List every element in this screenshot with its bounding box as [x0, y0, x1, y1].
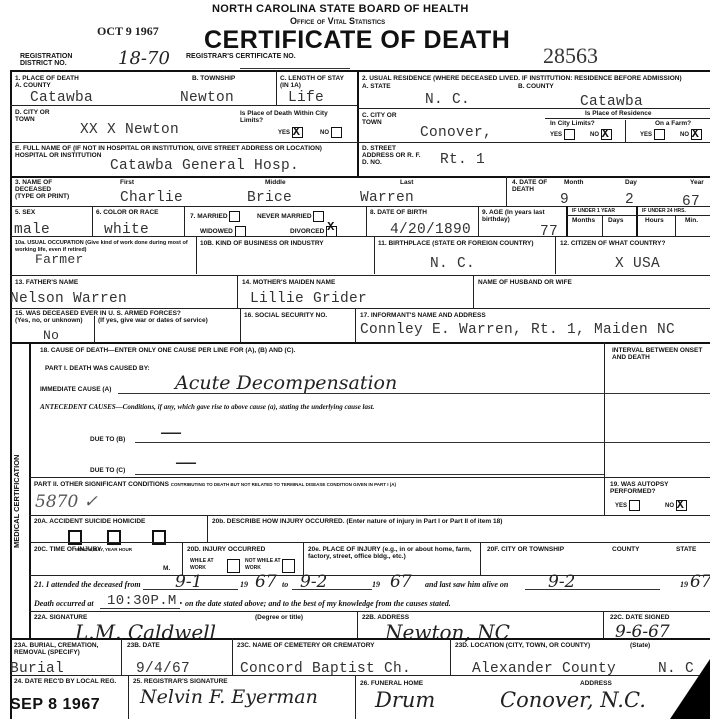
due-to-b: —	[160, 420, 182, 445]
funeral-home: Drum	[375, 688, 435, 712]
first-name: Charlie	[120, 190, 183, 206]
office-title: Office of Vital Statistics	[290, 16, 385, 26]
birthplace: N. C.	[430, 256, 475, 272]
form-left-border	[10, 70, 12, 719]
county-label: a. COUNTY	[15, 82, 51, 89]
within-city-no[interactable]: NO	[320, 127, 342, 138]
death-township: Newton	[180, 90, 234, 106]
res-state: N. C.	[425, 92, 470, 108]
other-conditions: 5870 ✓	[35, 492, 98, 512]
registration-district-value: 18-70	[118, 48, 170, 69]
res-farm-no[interactable]: NO	[680, 129, 702, 140]
township-label: b. TOWNSHIP	[192, 75, 235, 82]
registrar-cert-label: REGISTRAR'S CERTIFICATE No.	[186, 53, 296, 60]
res-city-yes[interactable]: YES	[550, 129, 575, 140]
certificate-number: 28563	[543, 43, 598, 69]
middle-name: Brice	[247, 190, 292, 206]
last-name: Warren	[360, 190, 414, 206]
within-city-yes[interactable]: YES	[278, 127, 303, 138]
homicide-checkbox[interactable]	[152, 530, 166, 550]
res-city-no[interactable]: NO	[590, 129, 612, 140]
scan-corner	[670, 659, 710, 719]
due-to-c: —	[175, 450, 197, 475]
physician-signature: L.M. Caldwell	[75, 620, 216, 644]
street-label: d. STREET ADDRESS or R. F. D. NO.	[362, 145, 427, 166]
form-top-border	[10, 70, 710, 72]
on-farm-label: On a Farm?	[655, 120, 691, 127]
res-county-label: b. COUNTY	[518, 83, 554, 90]
last-saw-year: 67	[690, 572, 710, 592]
res-city: Conover,	[420, 125, 492, 141]
armed-forces: No	[43, 328, 59, 343]
hospital-name: Catawba General Hosp.	[110, 158, 299, 174]
city-label: d. CITY OR TOWN	[15, 109, 65, 123]
name-label: 3. NAME OF DECEASED (Type or Print)	[15, 179, 70, 200]
death-county: Catawba	[30, 90, 93, 106]
usual-residence-label: 2. USUAL RESIDENCE (Where deceased lived…	[362, 75, 707, 82]
not-while-at-work-box[interactable]	[282, 557, 295, 575]
res-state-label: a. STATE	[362, 83, 391, 90]
death-time: 10:30P.M.	[107, 593, 185, 609]
immediate-cause: Acute Decompensation	[175, 372, 397, 394]
in-place-label: Is Place of Residence	[585, 110, 651, 117]
res-street: Rt. 1	[440, 152, 485, 168]
autopsy-no[interactable]: NO	[665, 500, 687, 511]
death-city: XX X Newton	[80, 122, 179, 138]
res-farm-yes[interactable]: YES	[640, 129, 665, 140]
attended-to-year: 67	[390, 572, 412, 592]
last-saw-alive: 9-2	[548, 572, 575, 592]
funeral-home-address: Conover, N.C.	[500, 688, 646, 712]
checkbox-no[interactable]	[331, 127, 342, 138]
while-at-work-box[interactable]	[227, 557, 240, 575]
date-received: SEP 8 1967	[10, 696, 100, 714]
checkbox-yes[interactable]	[292, 127, 303, 138]
occupation: Farmer	[35, 252, 84, 267]
agency-title: NORTH CAROLINA STATE BOARD OF HEALTH	[212, 3, 469, 15]
received-stamp: OCT 9 1967	[97, 24, 159, 39]
mother-name: Lillie Grider	[250, 291, 367, 307]
attended-to: 9-2	[300, 572, 327, 592]
within-city-limits-label: Is Place of Death Within City Limits?	[240, 110, 352, 124]
in-city-limits-label: In City Limits?	[550, 120, 595, 127]
medical-certification-label: MEDICAL CERTIFICATION	[13, 455, 20, 548]
length-of-stay-label: c. LENGTH OF STAY (in 1a)	[280, 75, 352, 89]
attended-from-year: 67	[255, 572, 277, 592]
autopsy-yes[interactable]: YES	[615, 500, 640, 511]
hospital-label: e. FULL NAME OF (If not in hospital or i…	[15, 145, 355, 159]
registration-district-label: REGISTRATION DISTRICT No.	[20, 53, 105, 67]
date-of-death-label: 4. DATE OF DEATH	[512, 179, 552, 193]
attended-from: 9-1	[175, 572, 202, 592]
place-of-death-label: 1. PLACE OF DEATH	[15, 75, 79, 82]
length-of-stay: Life	[288, 90, 324, 106]
informant: Connley E. Warren, Rt. 1, Maiden NC	[360, 322, 675, 338]
physician-address: Newton, NC	[385, 620, 510, 644]
res-city-label: c. CITY OR TOWN	[362, 112, 412, 126]
father-name: Nelson Warren	[10, 291, 127, 307]
document-title: CERTIFICATE OF DEATH	[204, 26, 510, 55]
citizenship: X USA	[615, 256, 660, 272]
registrar-signature: Nelvin F. Eyerman	[140, 686, 318, 708]
